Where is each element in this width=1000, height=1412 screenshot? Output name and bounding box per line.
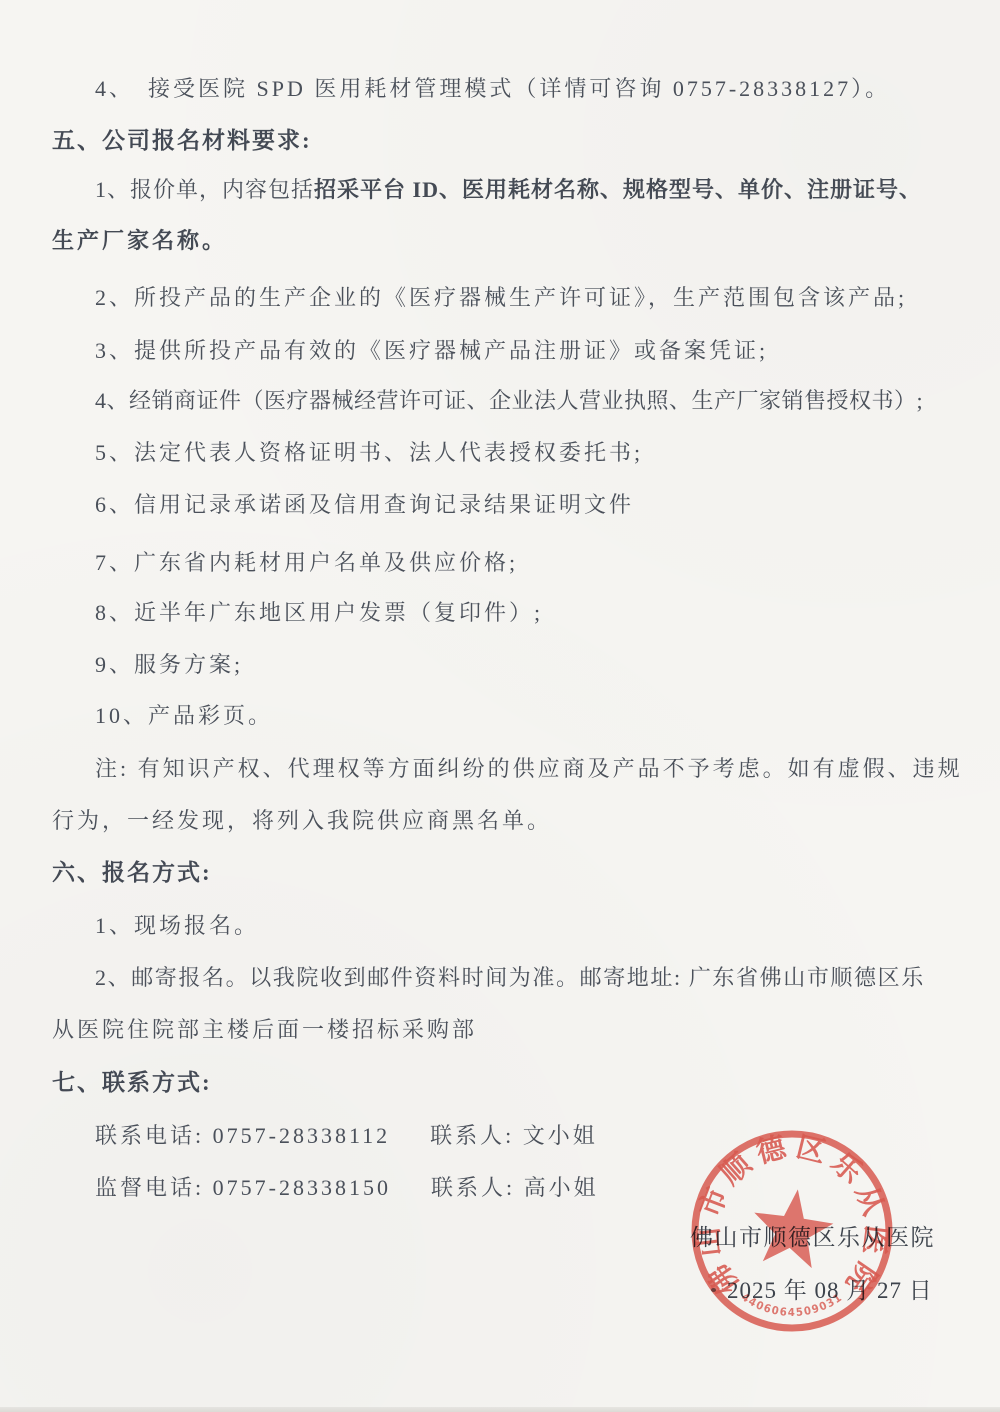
seal-serial-number: 4406064509031 bbox=[739, 1291, 845, 1319]
sec5-item1-bold-text: 招采平台 ID、医用耗材名称、规格型号、单价、注册证号、 bbox=[314, 177, 922, 202]
line-sec5-item8: 8、近半年广东地区用户发票（复印件）; bbox=[95, 598, 543, 628]
contact-phone: 联系电话: 0757-28338112 bbox=[95, 1123, 390, 1148]
section7-heading: 七、联系方式: bbox=[52, 1068, 212, 1098]
line-sec5-item6: 6、信用记录承诺函及信用查询记录结果证明文件 bbox=[95, 490, 634, 520]
line-sec5-item3: 3、提供所投产品有效的《医疗器械产品注册证》或备案凭证; bbox=[95, 336, 768, 366]
contact-person-1: 联系人: 文小姐 bbox=[430, 1123, 598, 1148]
line-sec5-item1-continuation: 生产厂家名称。 bbox=[52, 226, 227, 256]
line-sec5-item2: 2、所投产品的生产企业的《医疗器械生产许可证》，生产范围包含该产品; bbox=[95, 283, 907, 313]
seal-star-icon bbox=[748, 1184, 838, 1270]
line-item4-spd: 4、 接受医院 SPD 医用耗材管理模式（详情可咨询 0757-28338127… bbox=[95, 74, 890, 104]
section5-heading: 五、公司报名材料要求: bbox=[52, 126, 312, 156]
official-seal: 佛山市顺德区乐从医院 4406064509031 bbox=[677, 1116, 907, 1346]
line-sec6-item2-2: 从医院住院部主楼后面一楼招标采购部 bbox=[52, 1015, 477, 1045]
line-note-2: 行为，一经发现，将列入我院供应商黑名单。 bbox=[52, 806, 552, 836]
line-sec5-item10: 10、产品彩页。 bbox=[95, 701, 273, 731]
line-contact-1: 联系电话: 0757-28338112联系人: 文小姐 bbox=[95, 1121, 598, 1151]
line-sec6-item2-1: 2、邮寄报名。以我院收到邮件资料时间为准。邮寄地址: 广东省佛山市顺德区乐 bbox=[95, 963, 925, 993]
line-sec6-item1: 1、现场报名。 bbox=[95, 911, 259, 941]
line-sec5-item4: 4、经销商证件（医疗器械经营许可证、企业法人营业执照、生产厂家销售授权书）; bbox=[95, 386, 923, 416]
line-sec5-item1: 1、报价单，内容包括招采平台 ID、医用耗材名称、规格型号、单价、注册证号、 bbox=[95, 175, 922, 205]
line-sec5-item9: 9、服务方案; bbox=[95, 650, 243, 680]
line-sec5-item5: 5、法定代表人资格证明书、法人代表授权委托书; bbox=[95, 438, 643, 468]
scan-bottom-edge bbox=[0, 1407, 1000, 1412]
supervise-phone: 监督电话: 0757-28338150 bbox=[95, 1175, 391, 1200]
sec5-item1-normal-text: 1、报价单，内容包括 bbox=[95, 177, 314, 202]
line-note-1: 注: 有知识产权、代理权等方面纠纷的供应商及产品不予考虑。如有虚假、违规 bbox=[95, 754, 963, 784]
line-sec5-item7: 7、广东省内耗材用户名单及供应价格; bbox=[95, 548, 518, 578]
line-contact-2: 监督电话: 0757-28338150联系人: 高小姐 bbox=[95, 1173, 599, 1203]
contact-person-2: 联系人: 高小姐 bbox=[431, 1175, 599, 1200]
document-page: 4、 接受医院 SPD 医用耗材管理模式（详情可咨询 0757-28338127… bbox=[0, 0, 1000, 1412]
section6-heading: 六、报名方式: bbox=[52, 858, 212, 888]
